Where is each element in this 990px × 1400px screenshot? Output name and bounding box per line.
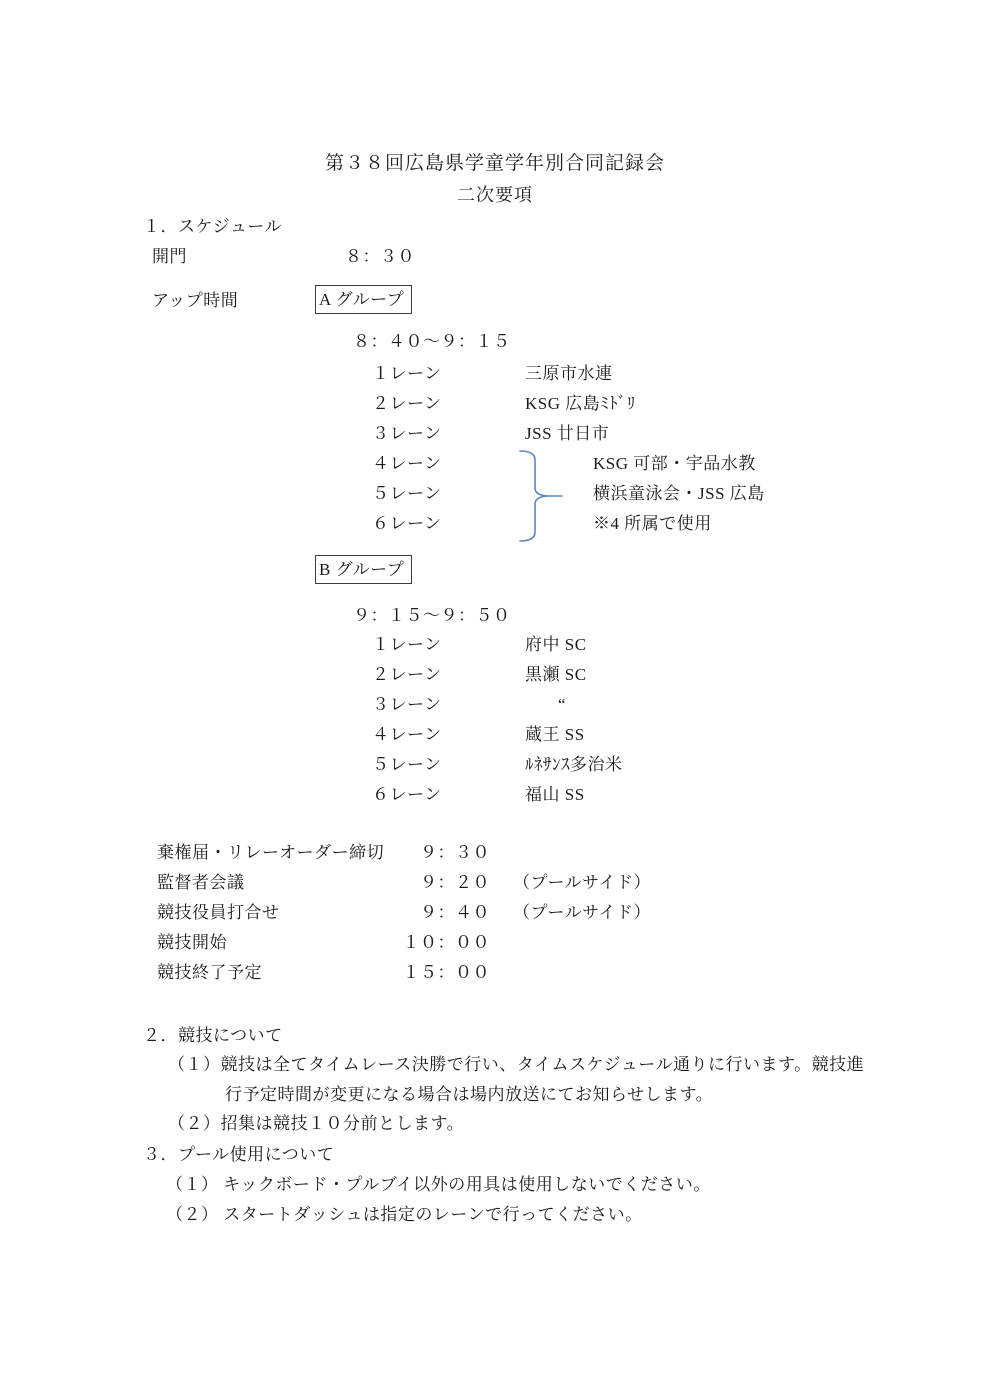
deadline-time-1: ９：３０ (330, 843, 490, 863)
group-a-time-range: ８：４０～９：１５ (353, 332, 511, 352)
group-b-lane-3: ３レーン (372, 695, 442, 715)
gate-open-time: ８：３０ (345, 247, 415, 267)
group-b-club-4: 蔵王 SS (525, 725, 585, 745)
group-a-lane-6: ６レーン (372, 514, 442, 534)
group-b-lane-5: ５レーン (372, 755, 442, 775)
group-a-lane-3: ３レーン (372, 424, 442, 444)
competition-item1-line2: 行予定時間が変更になる場合は場内放送にてお知らせします。 (225, 1085, 713, 1105)
group-b-time-range: ９：１５～９：５０ (353, 606, 511, 626)
competition-heading: ２．競技について (143, 1026, 283, 1046)
group-b-club-2: 黒瀬 SC (525, 665, 587, 685)
deadline-time-5: １５：００ (330, 963, 490, 983)
document-page: 第３８回広島県学童学年別合同記録会 二次要項 １．スケジュール 開門 ８：３０ … (0, 0, 990, 1400)
group-a-lane-5: ５レーン (372, 484, 442, 504)
schedule-heading: １．スケジュール (143, 217, 282, 237)
group-b-club-1: 府中 SC (525, 635, 587, 655)
deadline-time-3: ９：４０ (330, 903, 490, 923)
deadline-time-2: ９：２０ (330, 873, 490, 893)
group-b-club-3-ditto-mark: “ (558, 695, 566, 715)
group-a-shared-note: ※4 所属で使用 (593, 514, 712, 534)
pool-heading: ３．プール使用について (143, 1145, 334, 1165)
group-b-club-6: 福山 SS (525, 785, 585, 805)
brace-right-icon (514, 449, 570, 543)
deadline-note-2: （プールサイド） (513, 873, 651, 893)
deadline-note-3: （プールサイド） (513, 903, 651, 923)
gate-open-label: 開門 (152, 247, 187, 267)
group-a-club-2: KSG 広島ﾐﾄﾞﾘ (525, 394, 636, 414)
deadline-label-2: 監督者会議 (157, 873, 245, 893)
pool-item2: （２） スタートダッシュは指定のレーンで行ってください。 (166, 1205, 643, 1225)
deadline-label-5: 競技終了予定 (157, 963, 262, 983)
competition-item1-line1: （１）競技は全てタイムレース決勝で行い、タイムスケジュール通りに行います。競技進 (168, 1055, 864, 1075)
group-a-box: A グループ (315, 285, 412, 314)
document-subtitle: 二次要項 (0, 185, 990, 205)
group-b-lane-1: １レーン (372, 635, 442, 655)
group-b-box: B グループ (315, 555, 412, 584)
deadline-label-3: 競技役員打合せ (157, 903, 280, 923)
group-b-lane-6: ６レーン (372, 785, 442, 805)
group-a-lane-4: ４レーン (372, 454, 442, 474)
deadline-time-4: １０：００ (330, 933, 490, 953)
group-a-club-1: 三原市水連 (525, 364, 613, 384)
competition-item2: （２）招集は競技１０分前とします。 (168, 1114, 464, 1134)
group-a-club-3: JSS 廿日市 (525, 424, 609, 444)
group-a-shared-club-1: KSG 可部・宇品水教 (593, 454, 756, 474)
group-a-shared-club-2: 横浜童泳会・JSS 広島 (593, 484, 765, 504)
group-a-lane-2: ２レーン (372, 394, 442, 414)
group-b-lane-4: ４レーン (372, 725, 442, 745)
group-b-club-5: ﾙﾈｻﾝｽ多治米 (525, 755, 623, 775)
deadline-label-4: 競技開始 (157, 933, 227, 953)
warmup-label: アップ時間 (152, 291, 238, 311)
group-b-lane-2: ２レーン (372, 665, 442, 685)
group-a-lane-1: １レーン (372, 364, 442, 384)
pool-item1: （１） キックボード・プルブイ以外の用具は使用しないでください。 (166, 1175, 711, 1195)
document-title: 第３８回広島県学童学年別合同記録会 (0, 154, 990, 174)
